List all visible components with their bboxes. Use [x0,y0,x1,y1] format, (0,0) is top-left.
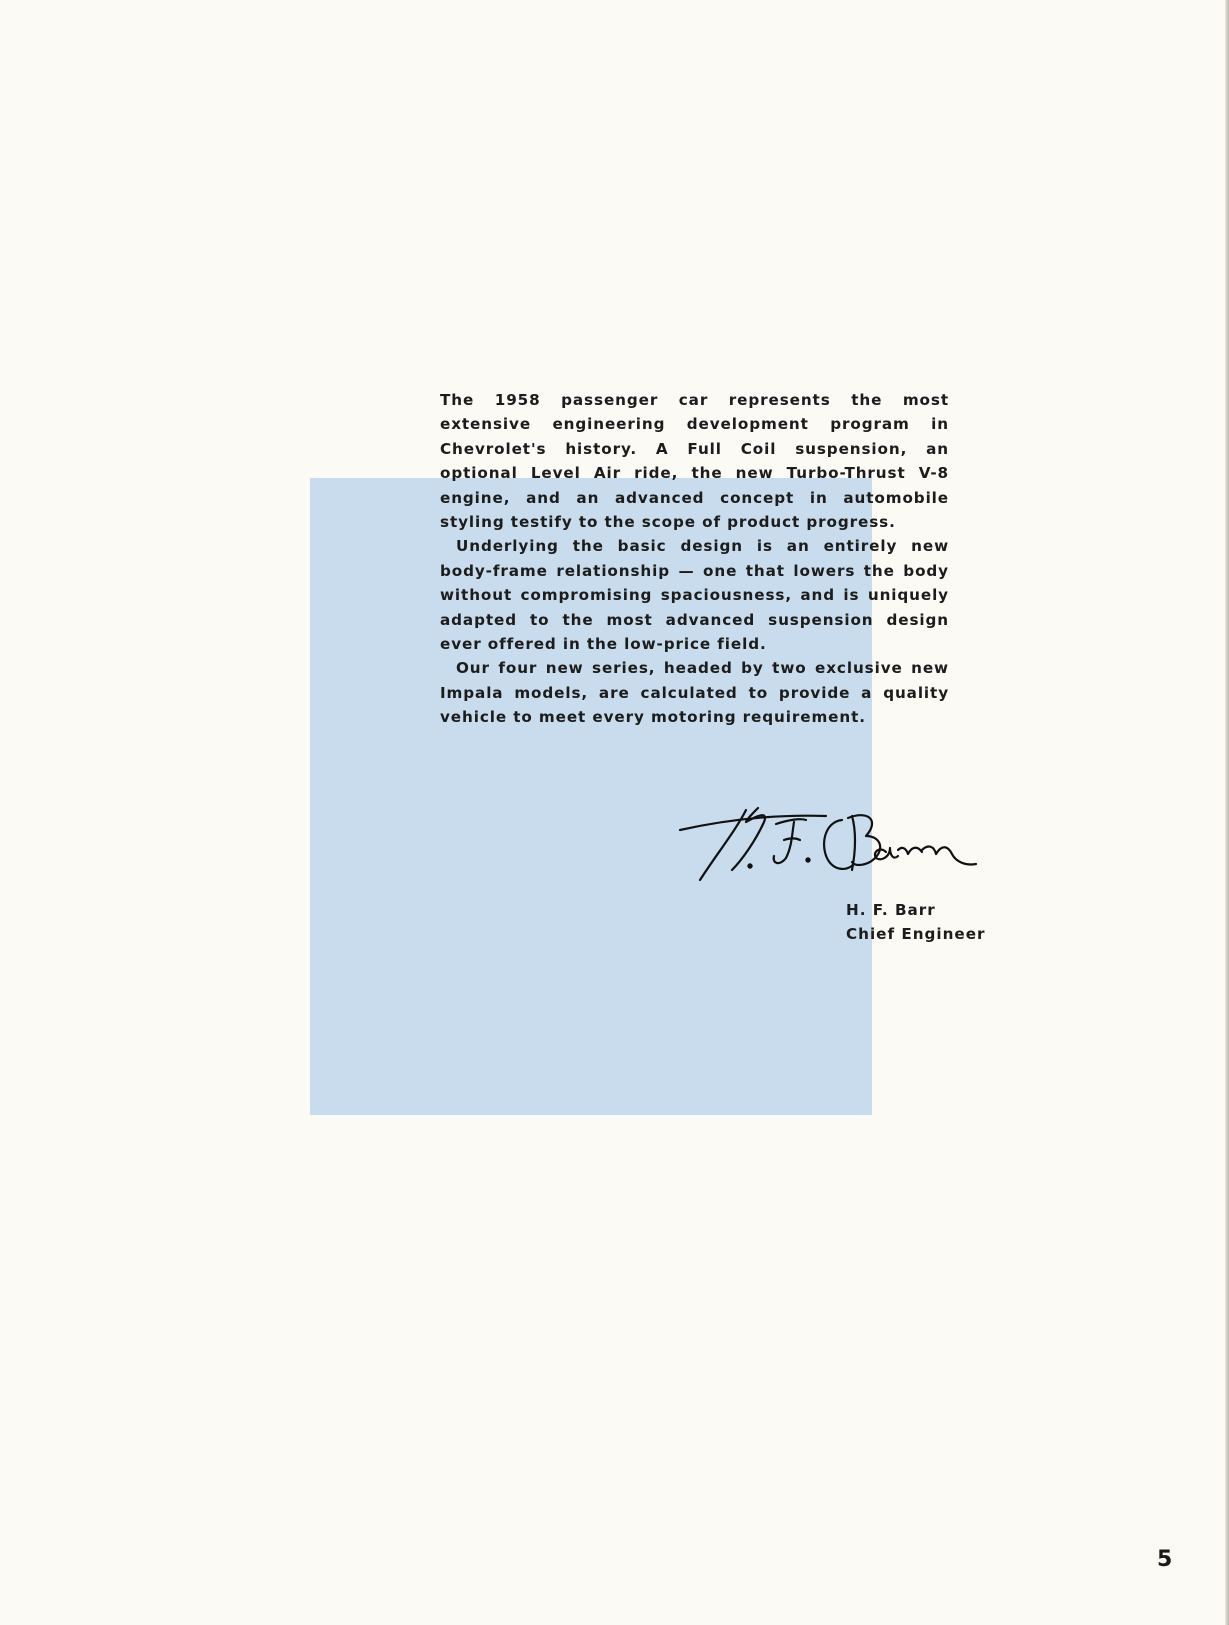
signer-title: Chief Engineer [846,922,986,946]
page-edge-shadow [1225,0,1229,1625]
signature-icon [676,800,996,890]
signer-name: H. F. Barr [846,898,986,922]
paragraph-2: Underlying the basic design is an entire… [440,534,949,656]
page-number: 5 [1157,1547,1172,1572]
paragraph-3: Our four new series, headed by two exclu… [440,656,949,729]
signer-block: H. F. Barr Chief Engineer [846,898,986,946]
foreword-text: The 1958 passenger car represents the mo… [440,388,949,730]
paragraph-1: The 1958 passenger car represents the mo… [440,388,949,534]
